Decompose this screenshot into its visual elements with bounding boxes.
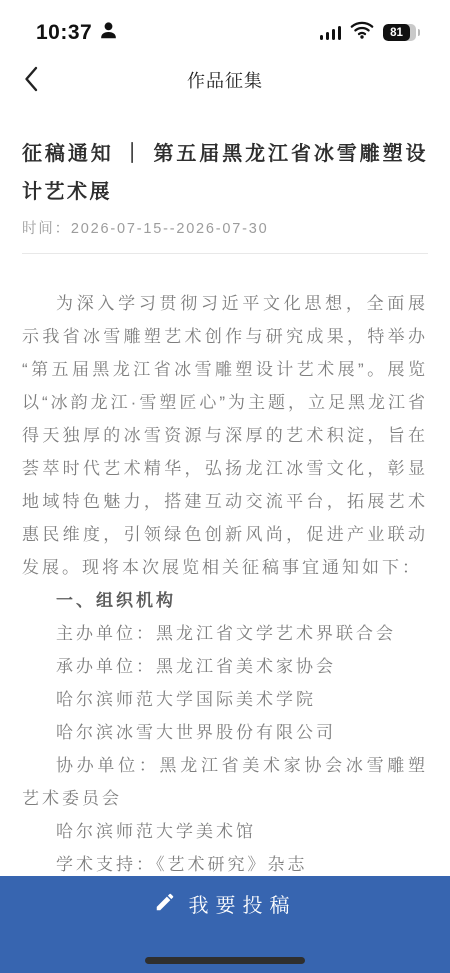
org-line: 协办单位：黑龙江省美术家协会冰雪雕塑艺术委员会 — [22, 749, 428, 815]
org-line: 主办单位：黑龙江省文学艺术界联合会 — [22, 617, 428, 650]
article-title: 征稿通知 ｜ 第五届黑龙江省冰雪雕塑设计艺术展 — [22, 135, 428, 211]
battery-icon: 81 — [383, 24, 420, 41]
divider — [22, 253, 428, 254]
section-heading: 一、组织机构 — [22, 584, 428, 617]
back-button[interactable] — [14, 63, 48, 97]
user-silhouette-icon — [99, 21, 118, 45]
article-scroll-area[interactable]: 征稿通知 ｜ 第五届黑龙江省冰雪雕塑设计艺术展 时间：2026-07-15--2… — [0, 105, 450, 881]
org-line: 哈尔滨冰雪大世界股份有限公司 — [22, 716, 428, 749]
chevron-left-icon — [23, 65, 39, 96]
submit-bar: 我要投稿 — [0, 876, 450, 973]
article-time: 时间：2026-07-15--2026-07-30 — [22, 217, 428, 238]
cellular-signal-icon — [320, 26, 342, 40]
org-line: 承办单位：黑龙江省美术家协会 — [22, 650, 428, 683]
battery-percent: 81 — [383, 24, 410, 41]
submit-button[interactable]: 我要投稿 — [0, 885, 450, 921]
page-title: 作品征集 — [187, 67, 263, 93]
intro-paragraph: 为深入学习贯彻习近平文化思想，全面展示我省冰雪雕塑艺术创作与研究成果，特举办“第… — [22, 287, 428, 584]
submit-label: 我要投稿 — [189, 889, 297, 918]
org-line: 哈尔滨师范大学国际美术学院 — [22, 683, 428, 716]
wifi-icon — [350, 21, 374, 44]
nav-bar: 作品征集 — [0, 55, 450, 105]
home-indicator[interactable] — [145, 957, 305, 964]
app-screen: 10:37 81 — [0, 0, 450, 973]
org-line: 哈尔滨师范大学美术馆 — [22, 815, 428, 848]
pencil-icon — [154, 891, 176, 916]
status-bar: 10:37 81 — [0, 0, 450, 55]
status-time: 10:37 — [36, 21, 92, 45]
article-body: 为深入学习贯彻习近平文化思想，全面展示我省冰雪雕塑艺术创作与研究成果，特举办“第… — [22, 287, 428, 881]
